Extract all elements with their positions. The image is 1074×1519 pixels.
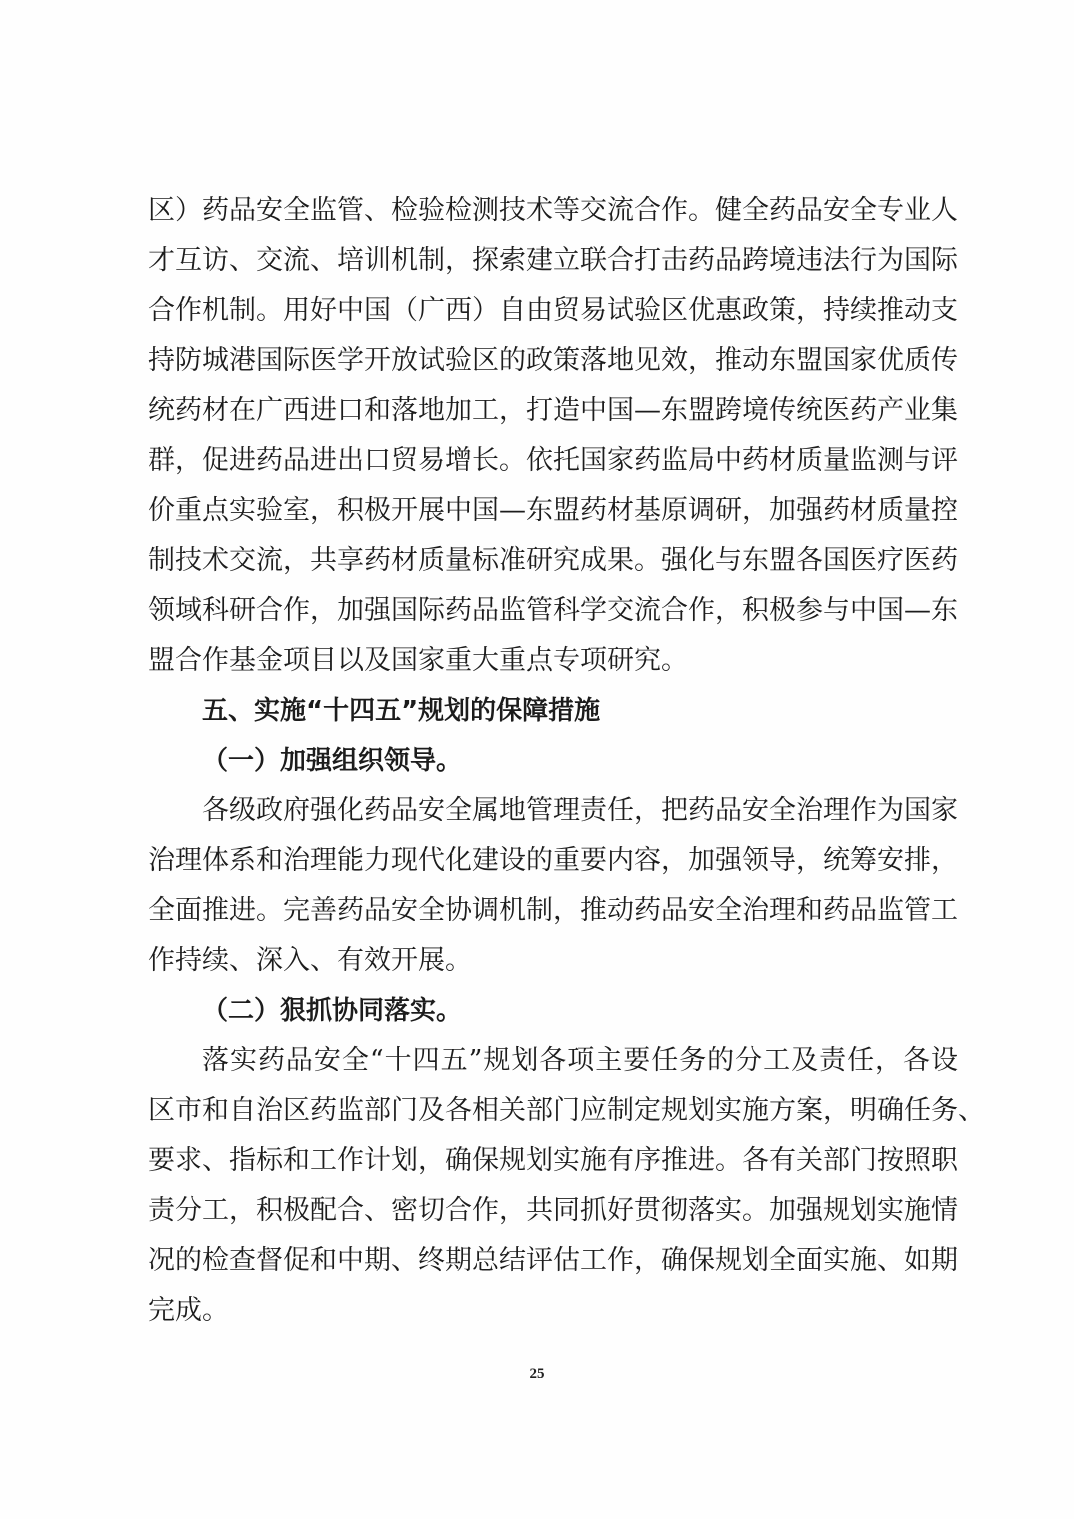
text-line: 才互访、交流、培训机制，探索建立联合打击药品跨境违法行为国际 (148, 236, 958, 286)
text-line: 统药材在广西进口和落地加工，打造中国—东盟跨境传统医药产业集 (148, 386, 958, 436)
text-line: 持防城港国际医学开放试验区的政策落地见效，推动东盟国家优质传 (148, 336, 958, 386)
subsection-heading-implementation: （二）狠抓协同落实。 (148, 986, 958, 1036)
text-line: 区市和自治区药监部门及各相关部门应制定规划实施方案，明确任务、 (148, 1086, 958, 1136)
text-line: 群，促进药品进出口贸易增长。依托国家药监局中药材质量监测与评 (148, 436, 958, 486)
text-line: 价重点实验室，积极开展中国—东盟药材基原调研，加强药材质量控 (148, 486, 958, 536)
text-line: 完成。 (148, 1286, 958, 1336)
text-line: 领域科研合作，加强国际药品监管科学交流合作，积极参与中国—东 (148, 586, 958, 636)
text-line: 制技术交流，共享药材质量标准研究成果。强化与东盟各国医疗医药 (148, 536, 958, 586)
text-line: 区）药品安全监管、检验检测技术等交流合作。健全药品安全专业人 (148, 186, 958, 236)
subsection-heading-leadership: （一）加强组织领导。 (148, 736, 958, 786)
section-heading: 五、实施“十四五”规划的保障措施 (148, 686, 958, 736)
paragraph-leadership: 各级政府强化药品安全属地管理责任，把药品安全治理作为国家 治理体系和治理能力现代… (148, 786, 958, 986)
body-text: 区）药品安全监管、检验检测技术等交流合作。健全药品安全专业人 才互访、交流、培训… (148, 186, 958, 1336)
paragraph-implementation: 落实药品安全“十四五”规划各项主要任务的分工及责任，各设 区市和自治区药监部门及… (148, 1036, 958, 1336)
text-line: 况的检查督促和中期、终期总结评估工作，确保规划全面实施、如期 (148, 1236, 958, 1286)
paragraph-cooperation: 区）药品安全监管、检验检测技术等交流合作。健全药品安全专业人 才互访、交流、培训… (148, 186, 958, 686)
page-number: 25 (0, 1366, 1074, 1383)
text-line: 要求、指标和工作计划，确保规划实施有序推进。各有关部门按照职 (148, 1136, 958, 1186)
text-line: 盟合作基金项目以及国家重大重点专项研究。 (148, 636, 958, 686)
text-line: 责分工，积极配合、密切合作，共同抓好贯彻落实。加强规划实施情 (148, 1186, 958, 1236)
text-line: 治理体系和治理能力现代化建设的重要内容，加强领导，统筹安排， (148, 836, 958, 886)
document-page: 区）药品安全监管、检验检测技术等交流合作。健全药品安全专业人 才互访、交流、培训… (0, 0, 1074, 1519)
text-line: 合作机制。用好中国（广西）自由贸易试验区优惠政策，持续推动支 (148, 286, 958, 336)
text-line: 落实药品安全“十四五”规划各项主要任务的分工及责任，各设 (148, 1036, 958, 1086)
text-line: 作持续、深入、有效开展。 (148, 936, 958, 986)
text-line: 全面推进。完善药品安全协调机制，推动药品安全治理和药品监管工 (148, 886, 958, 936)
text-line: 各级政府强化药品安全属地管理责任，把药品安全治理作为国家 (148, 786, 958, 836)
